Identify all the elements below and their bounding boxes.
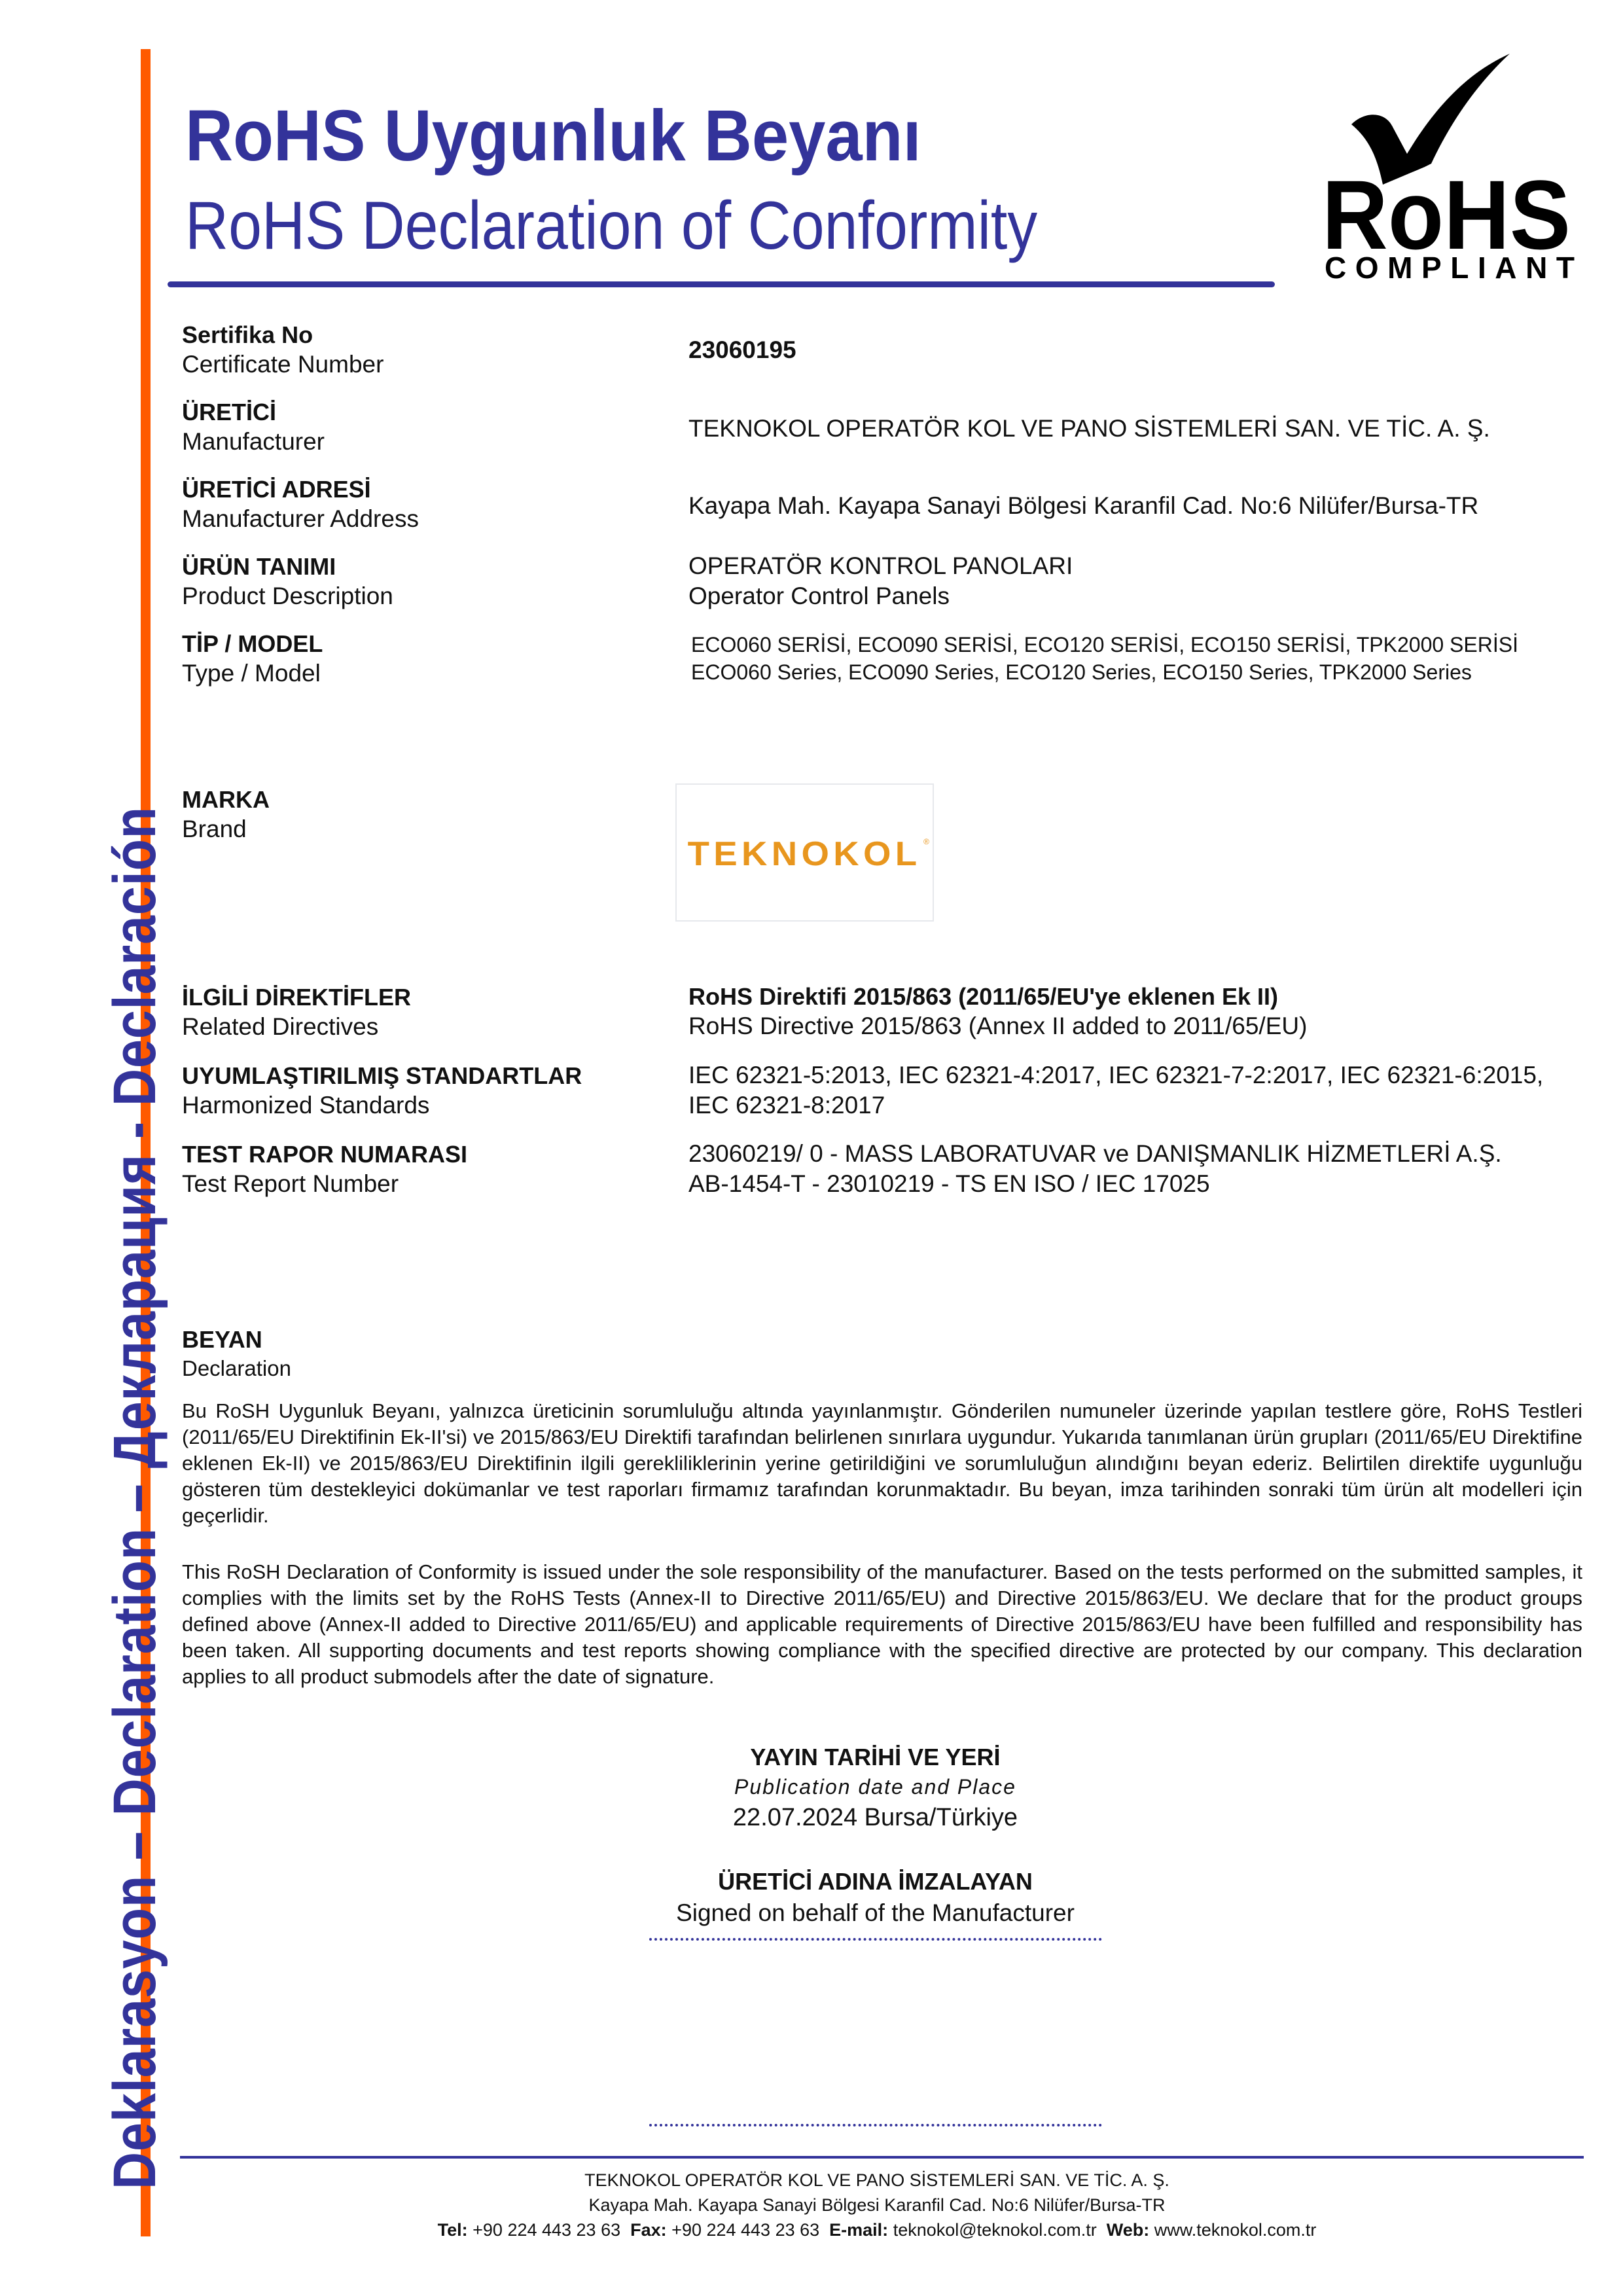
- label-tr: Sertifika No: [182, 321, 1582, 350]
- field-type-model: TİP / MODEL Type / Model ECO060 SERİSİ, …: [182, 630, 1582, 689]
- publication-block: YAYIN TARİHİ VE YERİ Publication date an…: [648, 1742, 1103, 1834]
- fax-value: +90 224 443 23 63: [671, 2220, 819, 2240]
- field-manufacturer: ÜRETİCİ Manufacturer TEKNOKOL OPERATÖR K…: [182, 398, 1582, 457]
- email-label: E-mail:: [829, 2220, 888, 2240]
- declaration-heading: BEYAN Declaration: [182, 1325, 291, 1383]
- address-value: Kayapa Mah. Kayapa Sanayi Bölgesi Karanf…: [688, 491, 1478, 521]
- value-line-1: 23060219/ 0 - MASS LABORATUVAR ve DANIŞM…: [688, 1139, 1502, 1169]
- product-description-value: OPERATÖR KONTROL PANOLARI Operator Contr…: [688, 551, 1073, 611]
- value-line-en: Operator Control Panels: [688, 581, 1073, 611]
- test-report-value: 23060219/ 0 - MASS LABORATUVAR ve DANIŞM…: [688, 1139, 1502, 1199]
- brand-logo: TEKNOKOL ®: [675, 783, 934, 922]
- tel-label: Tel:: [438, 2220, 468, 2240]
- brand-logo-text: TEKNOKOL: [677, 834, 932, 874]
- publication-label-en: Publication date and Place: [648, 1772, 1103, 1801]
- type-model-value: ECO060 SERİSİ, ECO090 SERİSİ, ECO120 SER…: [691, 631, 1518, 686]
- field-harmonized-standards: UYUMLAŞTIRILMIŞ STANDARTLAR Harmonized S…: [182, 1062, 1582, 1121]
- checkmark-icon: RoHS COMPLIANT: [1312, 46, 1587, 281]
- tel-value: +90 224 443 23 63: [473, 2220, 620, 2240]
- footer-company: TEKNOKOL OPERATÖR KOL VE PANO SİSTEMLERİ…: [170, 2168, 1584, 2193]
- declaration-text-tr: Bu RoSH Uygunluk Beyanı, yalnızca üretic…: [182, 1398, 1582, 1529]
- value-line-tr: ECO060 SERİSİ, ECO090 SERİSİ, ECO120 SER…: [691, 631, 1518, 658]
- footer: TEKNOKOL OPERATÖR KOL VE PANO SİSTEMLERİ…: [170, 2168, 1584, 2242]
- certificate-number-value: 23060195: [688, 335, 796, 365]
- standards-value: IEC 62321-5:2013, IEC 62321-4:2017, IEC …: [688, 1060, 1543, 1121]
- page-title-en: RoHS Declaration of Conformity: [185, 192, 1037, 260]
- field-related-directives: İLGİLİ DİREKTİFLER Related Directives Ro…: [182, 983, 1582, 1042]
- manufacturer-value: TEKNOKOL OPERATÖR KOL VE PANO SİSTEMLERİ…: [688, 414, 1490, 444]
- registered-mark: ®: [923, 837, 929, 846]
- label-en: Certificate Number: [182, 350, 1582, 380]
- value-line-en: RoHS Directive 2015/863 (Annex II added …: [688, 1011, 1307, 1041]
- value-line-tr: OPERATÖR KONTROL PANOLARI: [688, 551, 1073, 581]
- footer-address: Kayapa Mah. Kayapa Sanayi Bölgesi Karanf…: [170, 2193, 1584, 2217]
- value-line-tr: RoHS Direktifi 2015/863 (2011/65/EU'ye e…: [688, 982, 1307, 1011]
- stamp-line: [649, 2124, 1102, 2126]
- rohs-compliant-logo: RoHS COMPLIANT: [1312, 46, 1587, 281]
- value-line-en: ECO060 Series, ECO090 Series, ECO120 Ser…: [691, 658, 1518, 686]
- signature-block: ÜRETİCİ ADINA İMZALAYAN Signed on behalf…: [628, 1867, 1122, 1929]
- side-vertical-title: Deklarasyon – Declaration – Декларация -…: [105, 806, 165, 2189]
- directives-value: RoHS Direktifi 2015/863 (2011/65/EU'ye e…: [688, 982, 1307, 1041]
- signature-label-en: Signed on behalf of the Manufacturer: [628, 1897, 1122, 1929]
- field-product-description: ÜRÜN TANIMI Product Description OPERATÖR…: [182, 552, 1582, 611]
- field-manufacturer-address: ÜRETİCİ ADRESİ Manufacturer Address Kaya…: [182, 475, 1582, 534]
- declaration-text-en: This RoSH Declaration of Conformity is i…: [182, 1559, 1582, 1690]
- web-label: Web:: [1107, 2220, 1150, 2240]
- signature-line: [649, 1938, 1102, 1941]
- publication-label-tr: YAYIN TARİHİ VE YERİ: [648, 1742, 1103, 1772]
- field-certificate-number: Sertifika No Certificate Number 23060195: [182, 321, 1582, 380]
- footer-contacts: Tel: +90 224 443 23 63 Fax: +90 224 443 …: [170, 2217, 1584, 2242]
- label-en: Declaration: [182, 1354, 291, 1383]
- web-link[interactable]: www.teknokol.com.tr: [1154, 2220, 1317, 2240]
- signature-label-tr: ÜRETİCİ ADINA İMZALAYAN: [628, 1867, 1122, 1897]
- fax-label: Fax:: [630, 2220, 667, 2240]
- publication-date-place: 22.07.2024 Bursa/Türkiye: [648, 1801, 1103, 1834]
- email-link[interactable]: teknokol@teknokol.com.tr: [893, 2220, 1097, 2240]
- field-test-report-number: TEST RAPOR NUMARASI Test Report Number 2…: [182, 1140, 1582, 1199]
- value-line-2: IEC 62321-8:2017: [688, 1090, 1543, 1121]
- title-divider: [168, 281, 1275, 287]
- footer-divider: [180, 2156, 1584, 2159]
- value-line-2: AB-1454-T - 23010219 - TS EN ISO / IEC 1…: [688, 1169, 1502, 1199]
- page-title-tr: RoHS Uygunluk Beyanı: [185, 100, 921, 172]
- value-line-1: IEC 62321-5:2013, IEC 62321-4:2017, IEC …: [688, 1060, 1543, 1090]
- label-tr: BEYAN: [182, 1325, 291, 1354]
